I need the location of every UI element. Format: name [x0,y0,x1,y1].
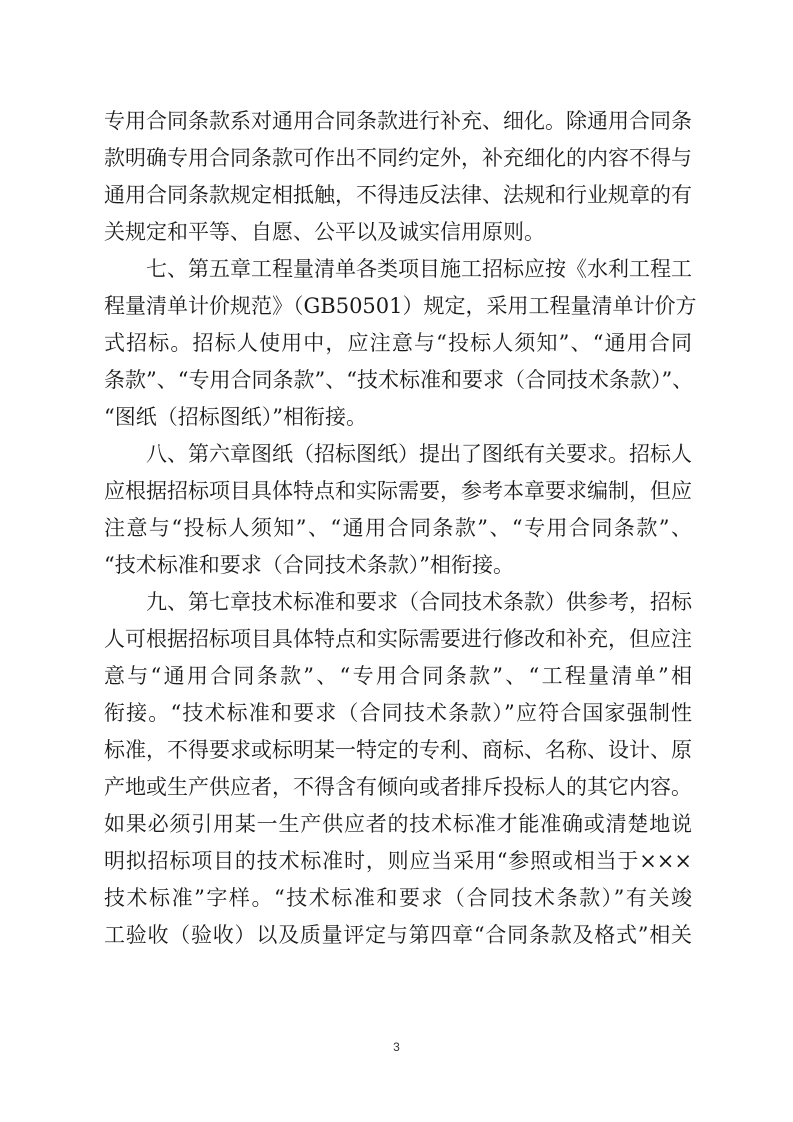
text-line: 式招标。招标人使用中，应注意与“投标人须知”、“通用合同 [104,325,692,362]
text-line: 产地或生产供应者，不得含有倾向或者排斥投标人的其它内容。 [104,769,692,806]
text-line: 衔接。“技术标准和要求（合同技术条款）”应符合国家强制性 [104,695,692,732]
text-line: 工验收（验收）以及质量评定与第四章“合同条款及格式”相关 [104,917,692,954]
text-line: “图纸（招标图纸）”相衔接。 [104,399,692,436]
paragraph-item-nine: 九、第七章技术标准和要求（合同技术条款）供参考，招标 人可根据招标项目具体特点和… [104,584,692,954]
text-line: 条款”、“专用合同条款”、“技术标准和要求（合同技术条款）”、 [104,362,692,399]
text-line: 技术标准”字样。“技术标准和要求（合同技术条款）”有关竣 [104,880,692,917]
text-line: 七、第五章工程量清单各类项目施工招标应按《水利工程工 [104,251,692,288]
text-line: 九、第七章技术标准和要求（合同技术条款）供参考，招标 [104,584,692,621]
document-page: 专用合同条款系对通用合同条款进行补充、细化。除通用合同条 款明确专用合同条款可作… [104,103,692,954]
text-line: 如果必须引用某一生产供应者的技术标准才能准确或清楚地说 [104,806,692,843]
text-line: 标准，不得要求或标明某一特定的专利、商标、名称、设计、原 [104,732,692,769]
text-line: 人可根据招标项目具体特点和实际需要进行修改和补充，但应注 [104,621,692,658]
page-number: 3 [0,1040,793,1054]
paragraph-item-eight: 八、第六章图纸（招标图纸）提出了图纸有关要求。招标人 应根据招标项目具体特点和实… [104,436,692,584]
paragraph-continuation: 专用合同条款系对通用合同条款进行补充、细化。除通用合同条 款明确专用合同条款可作… [104,103,692,251]
text-line: 程量清单计价规范》（GB50501）规定，采用工程量清单计价方 [104,288,692,325]
paragraph-item-seven: 七、第五章工程量清单各类项目施工招标应按《水利工程工 程量清单计价规范》（GB5… [104,251,692,436]
text-line: “技术标准和要求（合同技术条款）”相衔接。 [104,547,692,584]
text-line: 八、第六章图纸（招标图纸）提出了图纸有关要求。招标人 [104,436,692,473]
text-line: 意与“通用合同条款”、“专用合同条款”、“工程量清单”相 [104,658,692,695]
text-line: 注意与“投标人须知”、“通用合同条款”、“专用合同条款”、 [104,510,692,547]
text-line: 应根据招标项目具体特点和实际需要，参考本章要求编制，但应 [104,473,692,510]
text-line: 通用合同条款规定相抵触，不得违反法律、法规和行业规章的有 [104,177,692,214]
text-line: 款明确专用合同条款可作出不同约定外，补充细化的内容不得与 [104,140,692,177]
text-line: 专用合同条款系对通用合同条款进行补充、细化。除通用合同条 [104,103,692,140]
text-line: 明拟招标项目的技术标准时，则应当采用“参照或相当于××× [104,843,692,880]
text-line: 关规定和平等、自愿、公平以及诚实信用原则。 [104,214,692,251]
